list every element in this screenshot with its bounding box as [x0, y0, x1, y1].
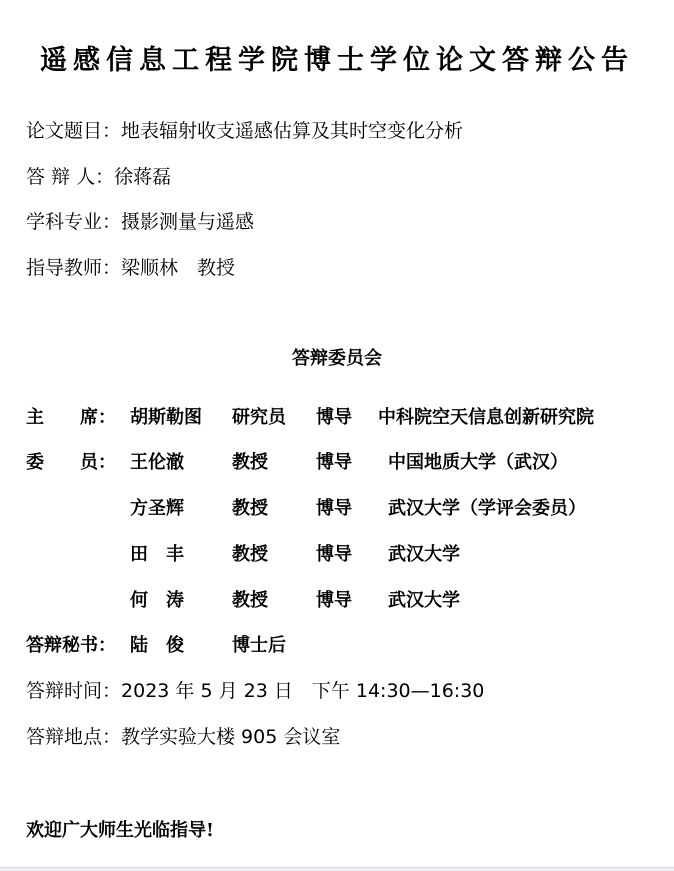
member-org: 武汉大学 [388, 540, 460, 566]
closing-text: 欢迎广大师生光临指导! [26, 816, 214, 842]
member-org: 中科院空天信息创新研究院 [378, 403, 594, 429]
field-value: 2023 年 5 月 23 日 下午 14:30—16:30 [121, 680, 484, 702]
member-title: 研究员 [232, 403, 286, 429]
member-advisor: 博导 [316, 540, 352, 566]
field-thesis-title: 论文题目：地表辐射收支遥感估算及其时空变化分析 [26, 116, 463, 143]
announcement-title: 遥感信息工程学院博士学位论文答辩公告 [0, 38, 674, 77]
member-org: 武汉大学（学评会委员） [388, 494, 586, 520]
member-name: 王伦澈 [130, 448, 184, 474]
role-label: 委 员： [26, 448, 126, 474]
field-value: 地表辐射收支遥感估算及其时空变化分析 [121, 120, 463, 142]
field-label: 指导教师： [26, 257, 121, 279]
field-supervisor: 指导教师：梁顺林 教授 [26, 253, 235, 280]
field-label: 论文题目： [26, 120, 121, 142]
member-name: 胡斯勒图 [130, 403, 202, 429]
field-value: 教学实验大楼 905 会议室 [121, 726, 340, 748]
role-label: 答辩秘书： [26, 631, 126, 657]
member-title: 博士后 [232, 631, 286, 657]
member-name: 何 涛 [130, 586, 184, 612]
member-name: 陆 俊 [130, 631, 184, 657]
member-advisor: 博导 [316, 448, 352, 474]
member-name: 方圣辉 [130, 494, 184, 520]
field-label: 答 辩 人： [26, 166, 114, 188]
field-label: 答辩地点： [26, 726, 121, 748]
field-defender: 答 辩 人：徐蒋磊 [26, 162, 171, 189]
field-value: 徐蒋磊 [114, 166, 171, 188]
member-name: 田 丰 [130, 540, 184, 566]
member-org: 中国地质大学（武汉） [388, 448, 568, 474]
member-advisor: 博导 [316, 403, 352, 429]
field-value: 梁顺林 教授 [121, 257, 235, 279]
field-defense-place: 答辩地点：教学实验大楼 905 会议室 [26, 722, 340, 749]
field-value: 摄影测量与遥感 [121, 211, 254, 233]
field-defense-time: 答辩时间：2023 年 5 月 23 日 下午 14:30—16:30 [26, 676, 484, 703]
field-major: 学科专业：摄影测量与遥感 [26, 207, 254, 234]
member-title: 教授 [232, 540, 268, 566]
member-org: 武汉大学 [388, 586, 460, 612]
role-label: 主 席： [26, 403, 126, 429]
member-title: 教授 [232, 494, 268, 520]
committee-heading: 答辩委员会 [0, 344, 674, 370]
member-advisor: 博导 [316, 494, 352, 520]
member-advisor: 博导 [316, 586, 352, 612]
field-label: 学科专业： [26, 211, 121, 233]
field-label: 答辩时间： [26, 680, 121, 702]
member-title: 教授 [232, 448, 268, 474]
bottom-divider [0, 867, 674, 871]
member-title: 教授 [232, 586, 268, 612]
